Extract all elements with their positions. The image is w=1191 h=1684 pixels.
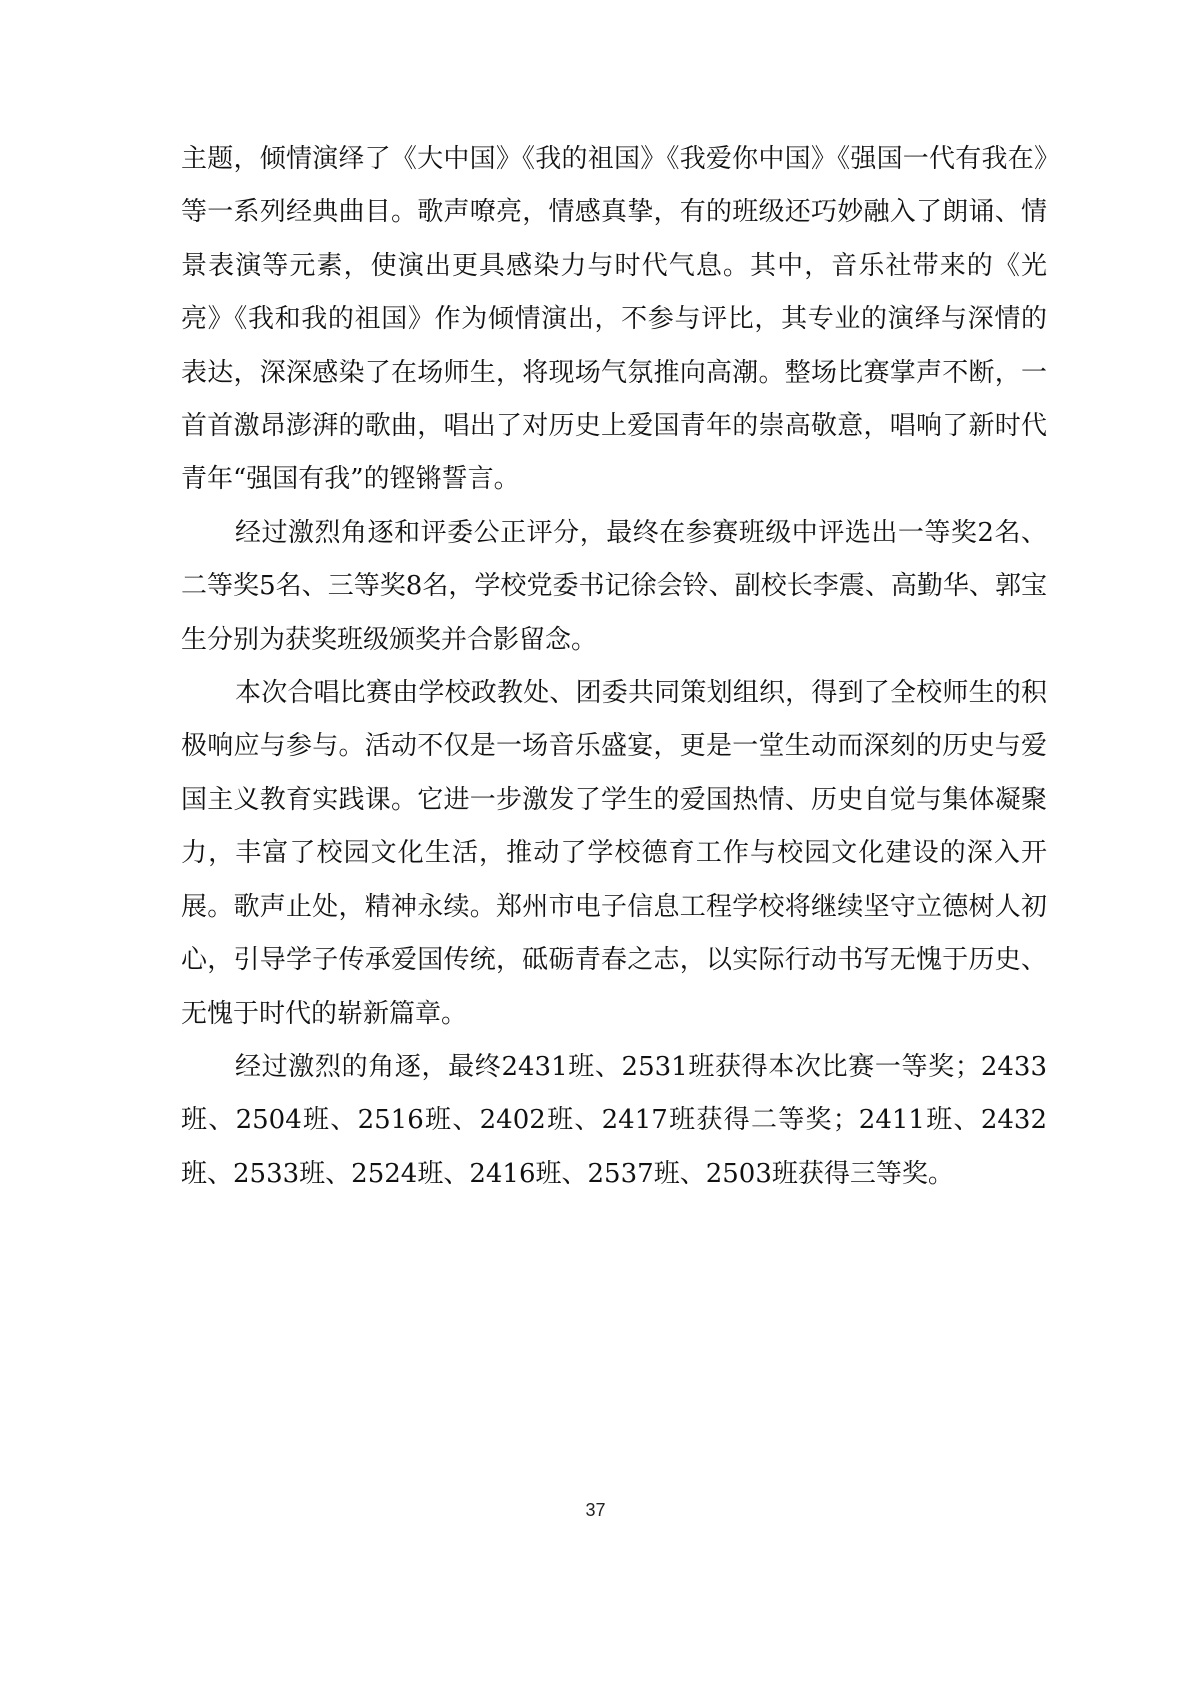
line: 经过激烈的角逐，最终2431班、2531班获得本次比赛一等奖；2433 [235, 1052, 1047, 1082]
paragraph-4: 经过激烈的角逐，最终2431班、2531班获得本次比赛一等奖；2433班、250… [181, 1041, 1047, 1201]
paragraph-2: 经过激烈角逐和评委公正评分，最终在参赛班级中评选出一等奖2名、二等奖5名、三等奖… [181, 507, 1047, 667]
line: 主题，倾情演绎了《大中国》《我的祖国》《我爱你中国》《强国一代 [181, 144, 955, 174]
line: 2533班、2524班、2416班、2537班、2503班获得三等奖。 [233, 1159, 954, 1189]
line: 本次合唱比赛由学校政教处、团委共同策划组织，得到了全校师生 [235, 678, 995, 708]
page-number: 37 [0, 1500, 1191, 1521]
line: 经过激烈角逐和评委公正评分，最终在参赛班级中评选出一等奖2 [235, 518, 994, 548]
paragraph-3: 本次合唱比赛由学校政教处、团委共同策划组织，得到了全校师生的积极响应与参与。活动… [181, 667, 1047, 1041]
paragraph-1: 主题，倾情演绎了《大中国》《我的祖国》《我爱你中国》《强国一代有我在》等一系列经… [181, 133, 1047, 507]
document-page: 主题，倾情演绎了《大中国》《我的祖国》《我爱你中国》《强国一代有我在》等一系列经… [0, 0, 1191, 1684]
body-text: 主题，倾情演绎了《大中国》《我的祖国》《我爱你中国》《强国一代有我在》等一系列经… [181, 133, 1047, 1201]
